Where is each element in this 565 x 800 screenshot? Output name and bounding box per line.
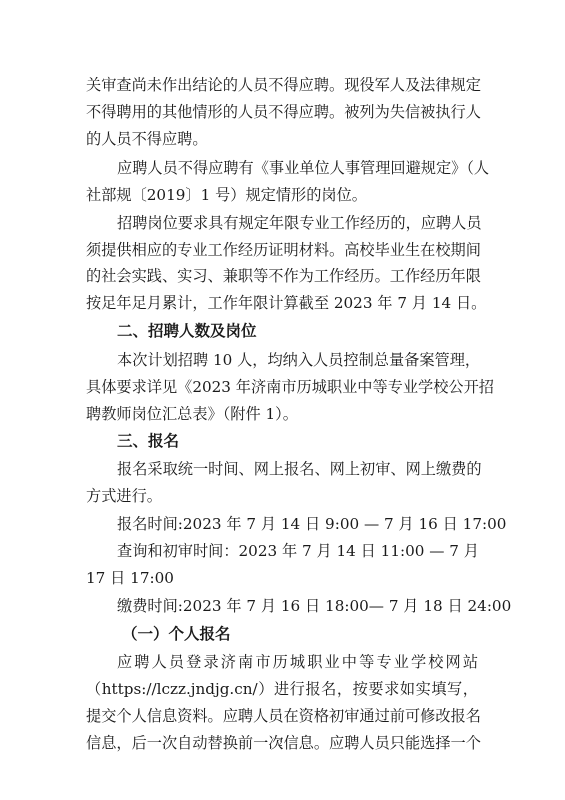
text-line: 报名采取统一时间、网上报名、网上初审、网上缴费的 [117, 457, 478, 481]
document-page: 2 关审查尚未作出结论的人员不得应聘。现役军人及法律规定不得聘用的其他情形的人员… [0, 0, 565, 800]
text-line: 招聘岗位要求具有规定年限专业工作经历的，应聘人员 [117, 211, 478, 235]
text-line: 应聘人员登录济南市历城职业中等专业学校网站 [117, 650, 478, 674]
text-line: 应聘人员不得应聘有《事业单位人事管理回避规定》（人 [117, 156, 478, 180]
text-line: 本次计划招聘 10 人，均纳入人员控制总量备案管理， [117, 348, 478, 372]
text-line: 聘教师岗位汇总表》（附件 1）。 [86, 402, 478, 426]
text-line: 须提供相应的专业工作经历证明材料。高校毕业生在校期间 [86, 238, 478, 262]
text-line: 的人员不得应聘。 [86, 127, 478, 151]
text-line: 不得聘用的其他情形的人员不得应聘。被列为失信被执行人 [86, 100, 478, 124]
text-line: 社部规〔2019〕1 号）规定情形的岗位。 [86, 183, 478, 207]
text-line: （https://lczz.jndjg.cn/）进行报名，按要求如实填写， [86, 677, 478, 701]
text-line: 的社会实践、实习、兼职等不作为工作经历。工作经历年限 [86, 264, 478, 288]
text-line: 查询和初审时间：2023 年 7 月 14 日 11:00 — 7 月 [117, 539, 478, 563]
text-line: 关审查尚未作出结论的人员不得应聘。现役军人及法律规定 [86, 73, 478, 97]
section-heading: 二、招聘人数及岗位 [117, 319, 257, 343]
section-heading: 三、报名 [117, 429, 179, 453]
text-line: 信息，后一次自动替换前一次信息。应聘人员只能选择一个 [86, 731, 478, 755]
text-line: 方式进行。 [86, 484, 478, 508]
text-line: 具体要求详见《2023 年济南市历城职业中等专业学校公开招 [86, 375, 478, 399]
text-line: 17 日 17:00 [86, 566, 478, 590]
text-line: 按足年足月累计，工作年限计算截至 2023 年 7 月 14 日。 [86, 291, 478, 315]
text-line: 缴费时间:2023 年 7 月 16 日 18:00— 7 月 18 日 24:… [117, 594, 478, 618]
text-line: 提交个人信息资料。应聘人员在资格初审通过前可修改报名 [86, 704, 478, 728]
text-line: 报名时间:2023 年 7 月 14 日 9:00 — 7 月 16 日 17:… [117, 512, 478, 536]
section-heading: （一）个人报名 [122, 622, 231, 646]
